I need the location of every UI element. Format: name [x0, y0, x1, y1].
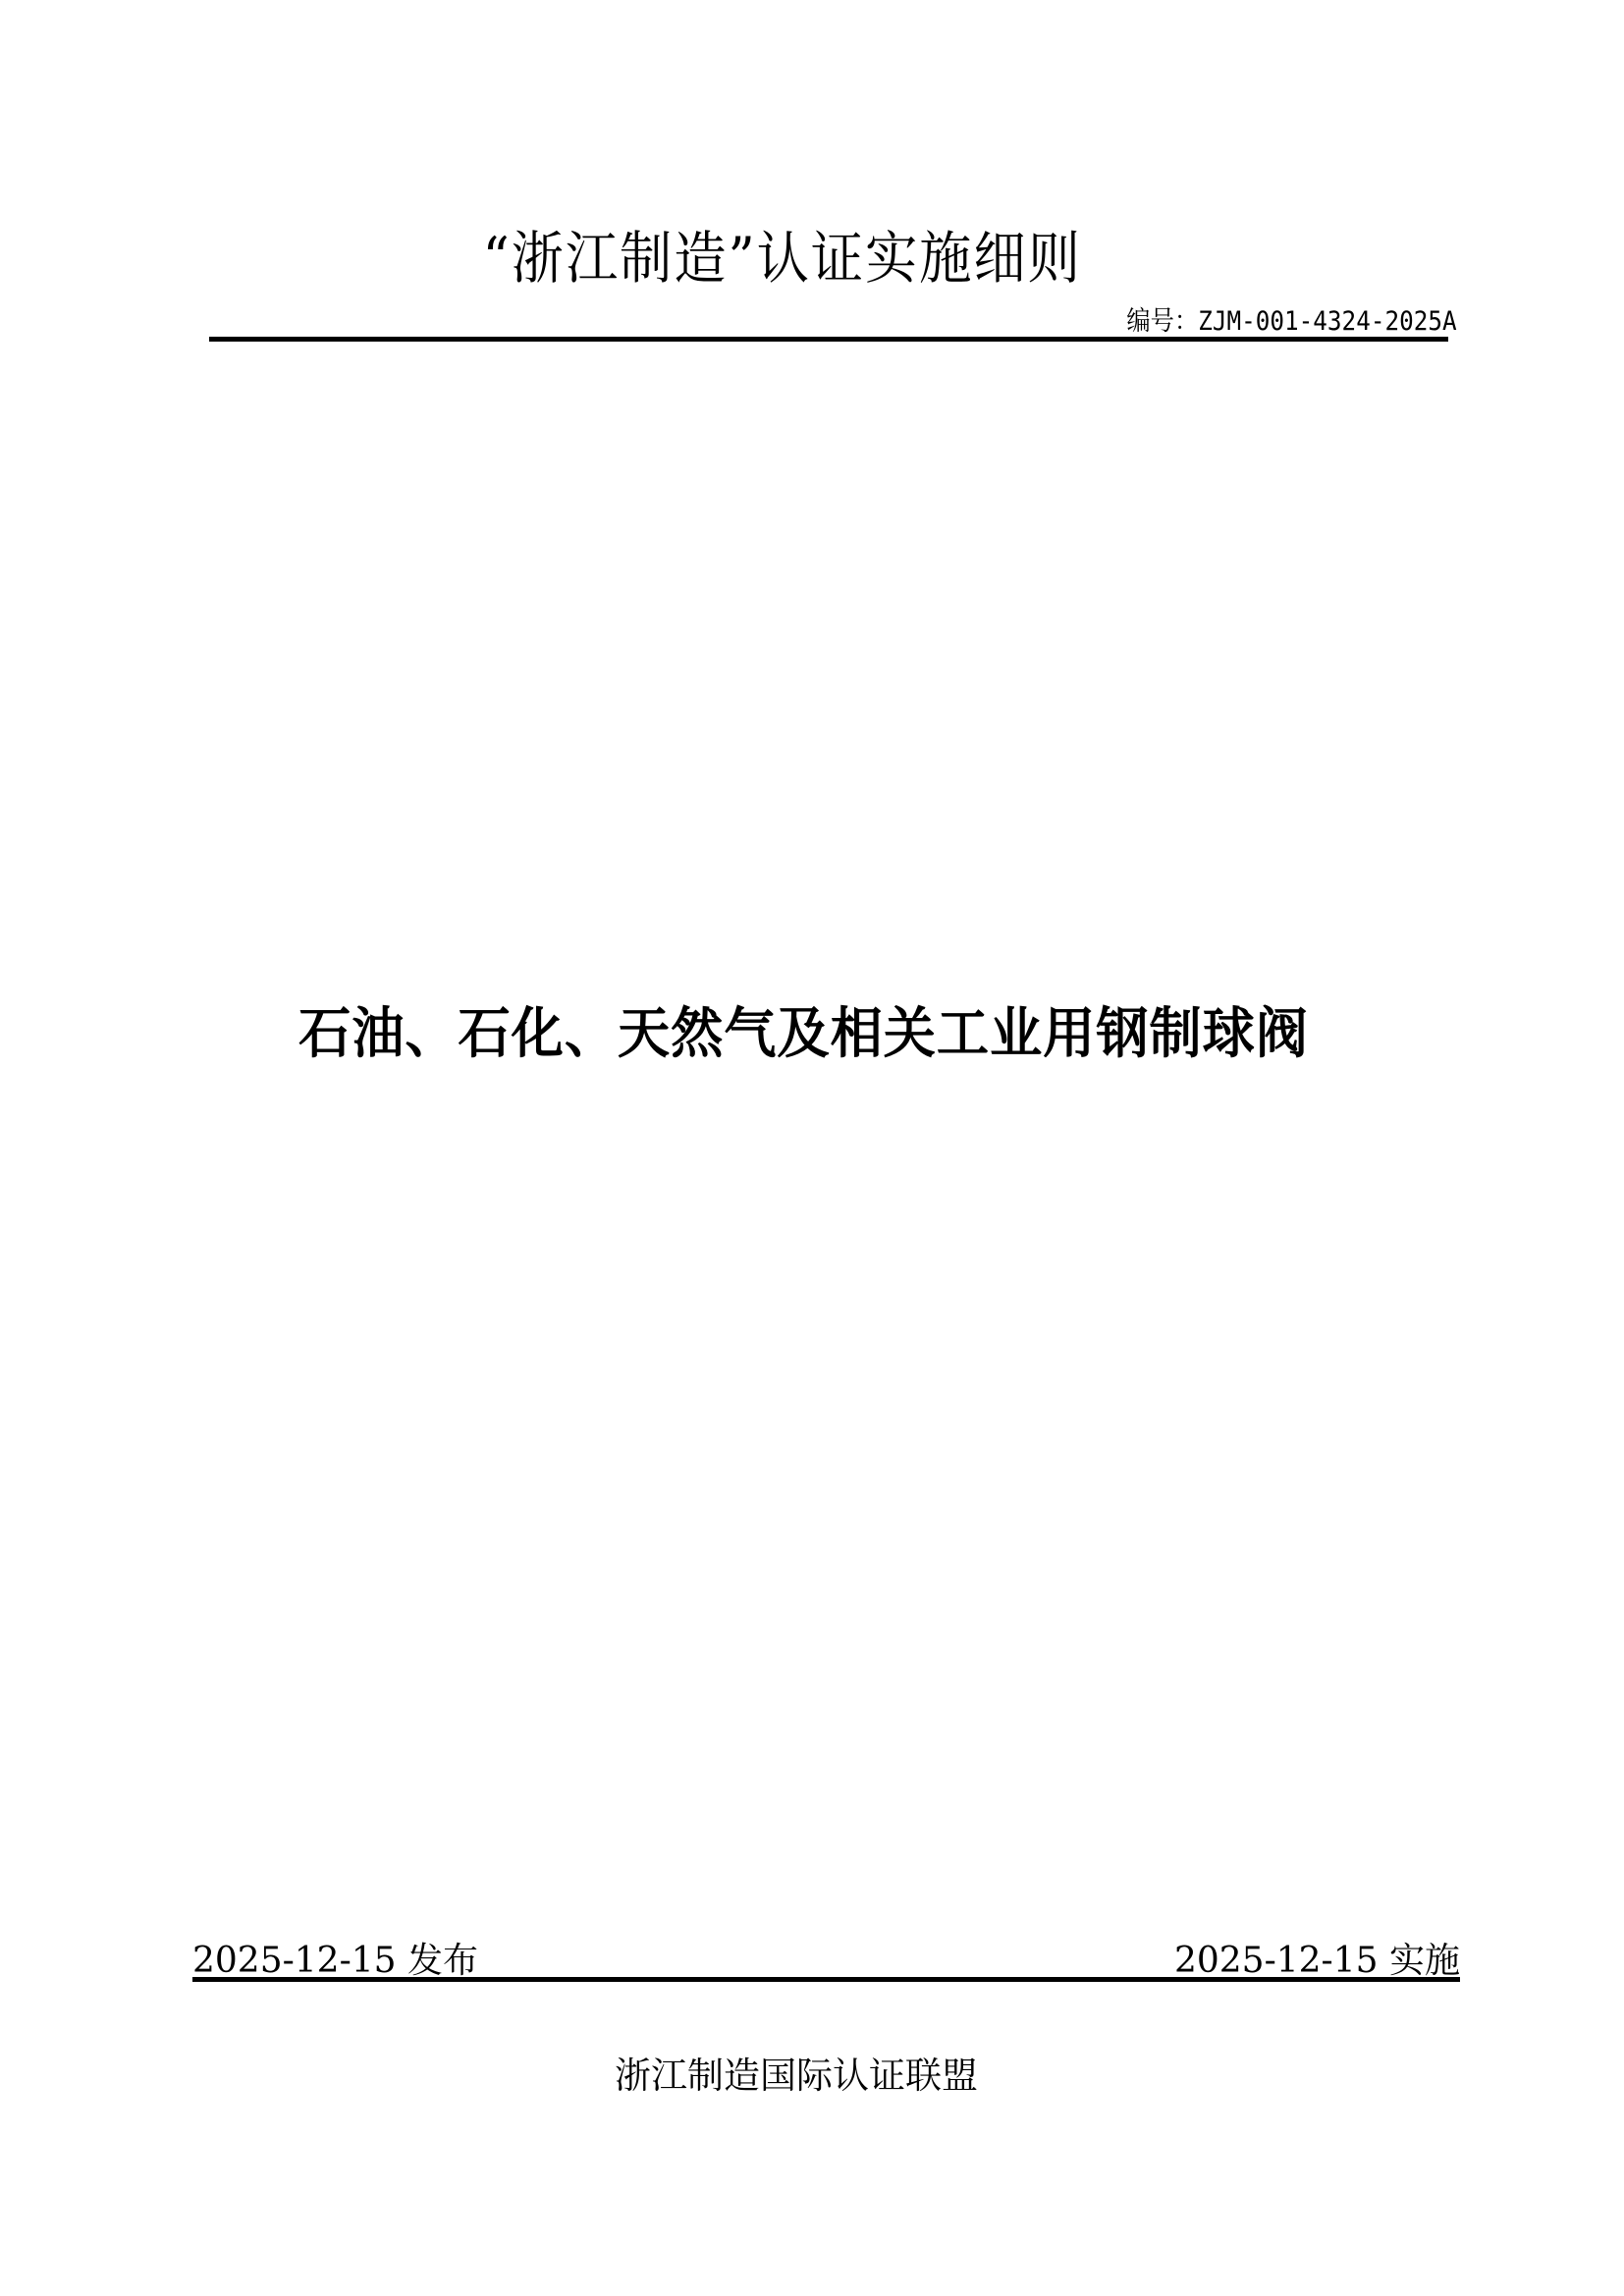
header-title-text: “浙江制造”认证实施细则: [483, 224, 1082, 293]
issuer-name: 浙江制造国际认证联盟: [615, 2054, 978, 2099]
main-title-text: 石油、石化、天然气及相关工业用钢制球阀: [298, 997, 1309, 1072]
doc-number-label: 编号：: [1127, 306, 1199, 337]
footer-divider: [192, 1977, 1460, 1982]
main-title: 石油、石化、天然气及相关工业用钢制球阀: [0, 997, 1624, 1072]
effective-date-value: 2025-12-15: [1174, 1942, 1379, 1981]
publish-date-value: 2025-12-15: [192, 1942, 397, 1981]
effective-date: 2025-12-15 实施: [1174, 1942, 1460, 1981]
issuer: 浙江制造国际认证联盟: [0, 2054, 1624, 2099]
header-title: “浙江制造”认证实施细则: [0, 224, 1624, 293]
publish-label: 发布: [407, 1942, 478, 1981]
publish-date: 2025-12-15 发布: [192, 1942, 478, 1981]
document-number: 编号：ZJM-001-4324-2025A: [1127, 306, 1457, 338]
effective-label: 实施: [1389, 1942, 1460, 1981]
header-divider: [209, 337, 1448, 342]
doc-number-value: ZJM-001-4324-2025A: [1199, 306, 1457, 337]
